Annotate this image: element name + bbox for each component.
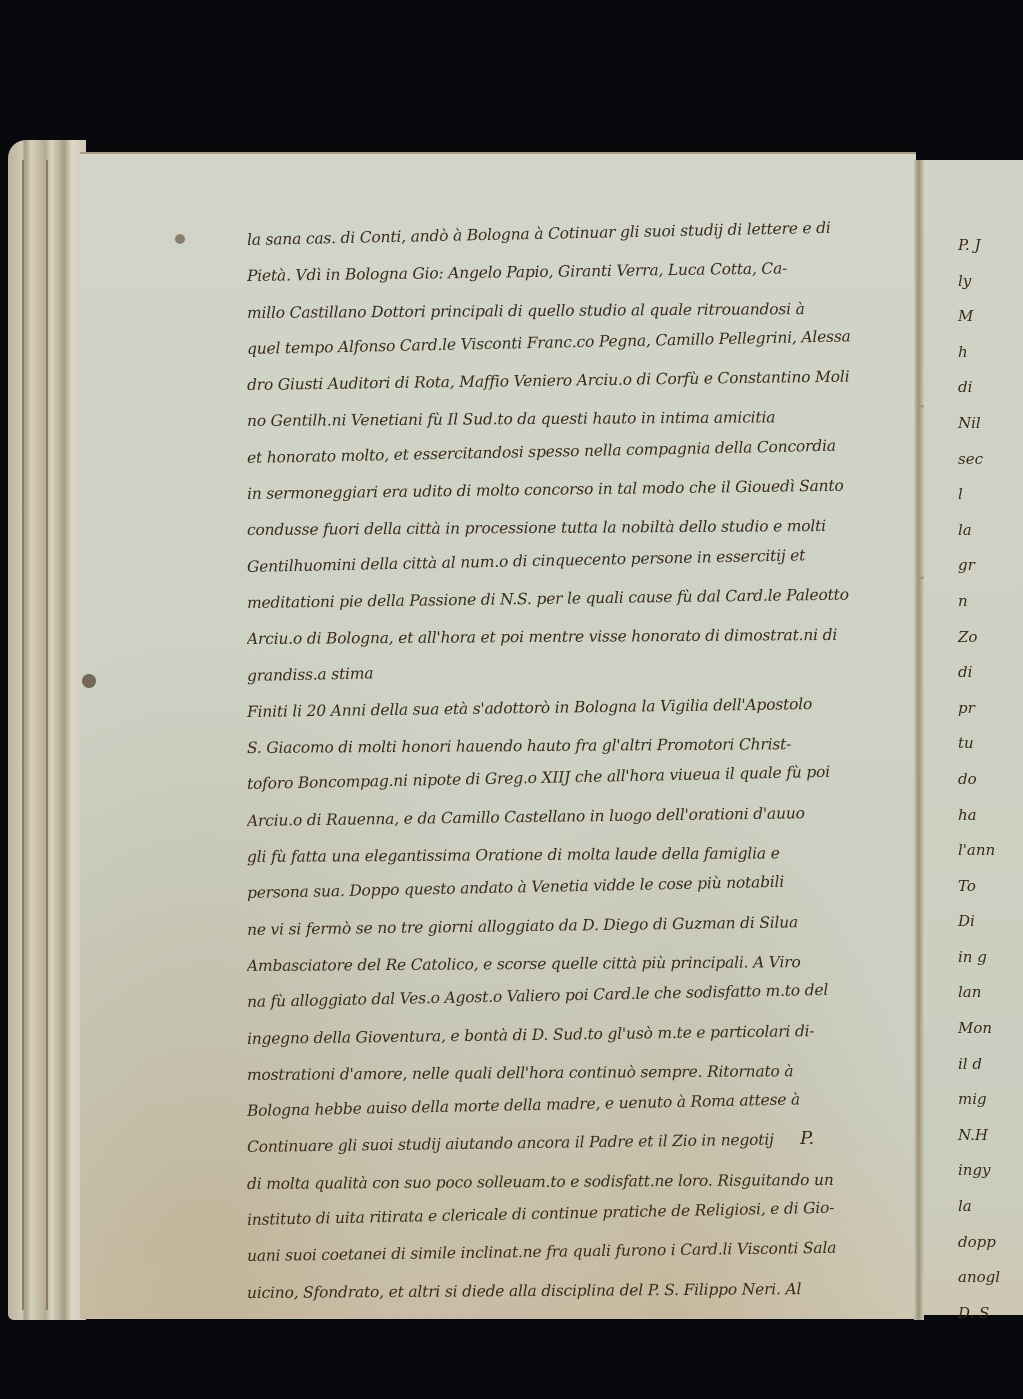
right-page-line-fragment: N.H: [958, 1118, 1023, 1154]
manuscript-line: Continuare gli suoi studij aiutando anco…: [247, 1121, 877, 1166]
manuscript-line: dro Giusti Auditori di Rota, Maffio Veni…: [247, 358, 877, 403]
right-page-line-fragment: anogl: [958, 1260, 1023, 1296]
right-page-line-fragment: Di: [958, 904, 1023, 940]
handwritten-text-block: la sana cas. di Conti, andò à Bologna à …: [247, 222, 877, 1311]
ink-spot: [82, 674, 96, 688]
right-page-line-fragment: mig: [958, 1082, 1023, 1118]
manuscript-line: meditationi pie della Passione di N.S. p…: [247, 576, 877, 621]
right-page-line-fragment: ha: [958, 798, 1023, 834]
manuscript-photo: la sana cas. di Conti, andò à Bologna à …: [0, 0, 1023, 1399]
right-page-line-fragment: P. J: [958, 228, 1023, 264]
ink-spot: [175, 234, 185, 244]
manuscript-line: ne vi si fermò se no tre giorni alloggia…: [247, 903, 877, 948]
catchword: P.: [800, 1128, 814, 1149]
right-page-line-fragment: dopp: [958, 1225, 1023, 1261]
right-page-line-fragment: Mon: [958, 1011, 1023, 1047]
right-page-text-fragments: P. JlyMhdiNilsecllagrnZodiprtudohal'annT…: [958, 228, 1023, 1331]
right-page-line-fragment: sec: [958, 442, 1023, 478]
manuscript-line: Pietà. Vdì in Bologna Gio: Angelo Papio,…: [247, 250, 877, 295]
right-page-line-fragment: n: [958, 584, 1023, 620]
right-page-line-fragment: D. S: [958, 1296, 1023, 1332]
right-page-line-fragment: di: [958, 655, 1023, 691]
right-page-line-fragment: pr: [958, 691, 1023, 727]
manuscript-line: in sermoneggiari era udito di molto conc…: [247, 467, 877, 512]
book-gutter: [914, 160, 924, 1320]
manuscript-line: Finiti li 20 Anni della sua età s'adotto…: [247, 685, 877, 730]
right-page-line-fragment: la: [958, 1189, 1023, 1225]
right-page-line-fragment: M: [958, 299, 1023, 335]
right-page-line-fragment: To: [958, 869, 1023, 905]
right-page-line-fragment: tu: [958, 726, 1023, 762]
right-page-line-fragment: la: [958, 513, 1023, 549]
manuscript-line: ingegno della Gioventura, e bontà di D. …: [247, 1012, 877, 1057]
manuscript-line: uicino, Sfondrato, et altri si diede all…: [247, 1270, 877, 1311]
right-page-line-fragment: do: [958, 762, 1023, 798]
right-page-line-fragment: di: [958, 370, 1023, 406]
right-page-line-fragment: ingy: [958, 1153, 1023, 1189]
right-page-line-fragment: ly: [958, 264, 1023, 300]
manuscript-line: uani suoi coetanei di simile inclinat.ne…: [247, 1230, 877, 1275]
page-edge-line: [46, 160, 48, 1310]
right-page-line-fragment: Nil: [958, 406, 1023, 442]
right-page-line-fragment: gr: [958, 548, 1023, 584]
manuscript-line: Arciu.o di Rauenna, e da Camillo Castell…: [247, 794, 877, 839]
right-page-line-fragment: in g: [958, 940, 1023, 976]
right-page-line-fragment: Zo: [958, 620, 1023, 656]
right-page-line-fragment: l'ann: [958, 833, 1023, 869]
right-page-line-fragment: il d: [958, 1047, 1023, 1083]
right-page-line-fragment: lan: [958, 975, 1023, 1011]
page-edge-line: [22, 160, 24, 1310]
right-page-line-fragment: l: [958, 477, 1023, 513]
right-page-line-fragment: h: [958, 335, 1023, 371]
